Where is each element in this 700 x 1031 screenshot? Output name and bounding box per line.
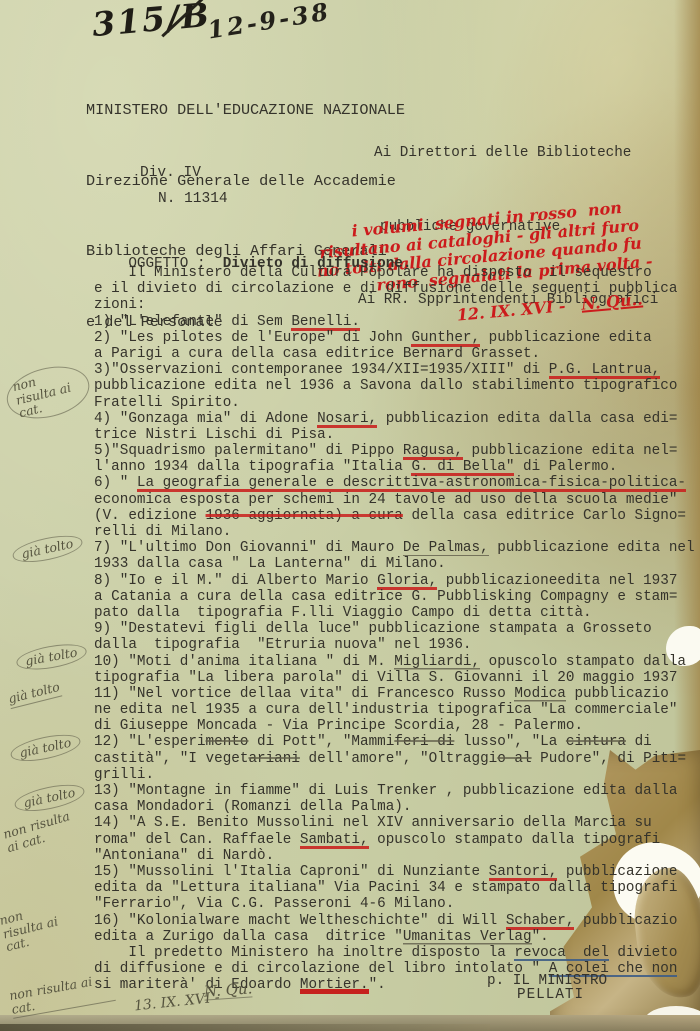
typed-text: tipografia "La libera parola" di Villa S…: [94, 670, 677, 686]
typed-text: pubblicazion edita dalla casa edi=: [377, 411, 677, 427]
typed-text: di: [626, 734, 652, 750]
typed-line: Fratelli Spirito.: [94, 395, 695, 411]
annotated-text: feri di: [394, 734, 454, 750]
typed-line: a Parigi a cura della casa editrice Bern…: [94, 346, 695, 362]
margin-note: già tolto: [9, 730, 82, 766]
typed-text: 3)"Osservazioni contemporanee 1934/XII=1…: [94, 362, 549, 378]
typed-text: pubblicazioneedita nel 1937: [437, 573, 677, 589]
typed-text: Fratelli Spirito.: [94, 395, 240, 411]
typed-line: zioni:: [94, 297, 695, 313]
typed-text: 2) "Les pilotes de l'Europe" di John: [94, 330, 411, 346]
typed-text: grilli.: [94, 767, 154, 783]
typed-line: ne edita nel 1935 a cura dell'industria …: [94, 702, 695, 718]
typed-line: "Antoniana" di Nardò.: [94, 848, 695, 864]
typed-text: (V. edizione: [94, 508, 206, 524]
typed-line: edita a Zurigo dalla casa ditrice "Umani…: [94, 929, 695, 945]
typed-text: 14) "A S.E. Benito Mussolini nel XIV ann…: [94, 815, 652, 831]
typed-text: divieto: [609, 945, 678, 961]
typed-line: a Catania a cura della casa editrice G. …: [94, 589, 695, 605]
typed-line: 3)"Osservazioni contemporanee 1934/XII=1…: [94, 362, 695, 378]
typed-text: Il predetto Ministero ha inoltre dispost…: [94, 945, 514, 961]
annotated-text: Sambati,: [300, 832, 369, 849]
typed-text: 9) "Destatevi figli della luce" pubblica…: [94, 621, 652, 637]
typed-text: edita a Zurigo dalla casa ditrice ": [94, 929, 403, 945]
typed-line: 13) "Montagne in fiamme" di Luis Trenker…: [94, 783, 695, 799]
typed-text: 1) "L'elefante" di Sem: [94, 314, 291, 330]
annotated-text: mento: [206, 734, 249, 750]
annotated-text: Santori,: [489, 864, 558, 881]
document-page: 315/B 12-9-38 MINISTERO DELL'EDUCAZIONE …: [0, 0, 700, 1031]
typed-text: lusso", "La: [454, 734, 566, 750]
typed-line: l'anno 1934 dalla tipografia "Italia G. …: [94, 459, 695, 475]
typed-body: Il Ministero della Cultura Popolare ha d…: [94, 265, 695, 993]
typed-line: pubblicazione edita nel 1936 a Savona da…: [94, 378, 695, 394]
typed-text: 7) "L'ultimo Don Giovanni" di Mauro: [94, 540, 403, 556]
annotated-text: La geografia generale e descrittiva-astr…: [137, 475, 686, 492]
typed-text: 10) "Moti d'anima italiana " di M.: [94, 654, 394, 670]
annotated-text: Nosari,: [317, 411, 377, 428]
registry-mark: 315/B: [91, 0, 213, 44]
typed-line: 11) "Nel vortice dellaa vita" di Frances…: [94, 686, 695, 702]
typed-line: 9) "Destatevi figli della luce" pubblica…: [94, 621, 695, 637]
typed-line: 1933 dalla casa " La Lanterna" di Milano…: [94, 556, 695, 572]
margin-note: non risulta ai cat.: [0, 899, 70, 954]
typed-text: di Giuseppe Moncada - Via Principe Scord…: [94, 718, 583, 734]
protocol-number: N. 11314: [158, 191, 228, 207]
typed-text: roma" del Can. Raffaele: [94, 832, 300, 848]
typed-text: pubblicazione edita nel 1936 a Savona da…: [94, 378, 677, 394]
typed-text: relli di Milano.: [94, 524, 231, 540]
typed-line: relli di Milano.: [94, 524, 695, 540]
typed-line: 15) "Mussolini l'Italia Caproni" di Nunz…: [94, 864, 695, 880]
typed-line: castità", "I vegetariani dell'amore", "O…: [94, 751, 695, 767]
typed-line: casa Mondadori (Romanzi della Palma).: [94, 799, 695, 815]
typed-text: 13) "Montagne in fiamme" di Luis Trenker…: [94, 783, 677, 799]
margin-note: già tolto: [7, 680, 62, 709]
typed-text: ".: [532, 929, 549, 945]
typed-line: 10) "Moti d'anima italiana " di M. Migli…: [94, 654, 695, 670]
typed-text: della casa editrice Carlo Signo=: [403, 508, 686, 524]
typed-text: 8) "Io e il M." di Alberto Mario: [94, 573, 377, 589]
margin-note: non risulta ai cat.: [1, 359, 94, 426]
annotated-text: o al: [497, 751, 531, 767]
signature-name: PELLATI: [517, 987, 584, 1003]
typed-line: tipografia "La libera parola" di Villa S…: [94, 670, 695, 686]
typed-line: 6) " La geografia generale e descrittiva…: [94, 475, 695, 491]
bottom-note-initials: N. Qu.: [204, 982, 253, 1000]
typed-text: castità", "I veget: [94, 751, 248, 767]
typed-line: trice Nistri Lischi di Pisa.: [94, 427, 695, 443]
annotated-text: Schaber,: [506, 913, 575, 930]
typed-line: grilli.: [94, 767, 695, 783]
typed-text: pubblicazione edita nel=: [463, 443, 678, 459]
typed-text: di diffusione e di circolazione del libr…: [94, 961, 549, 977]
typed-text: opuscolo stampato dalla tipografi: [369, 832, 661, 848]
typed-text: 5)"Squadrismo palermitano" di Pippo: [94, 443, 403, 459]
division-number: Div. IV: [140, 165, 201, 181]
annotated-text: Mortier.: [300, 977, 369, 994]
annotated-text: Migliardi,: [394, 654, 480, 670]
typed-text: pato dalla tipografia F.lli Viaggio Camp…: [94, 605, 592, 621]
typed-line: 4) "Gonzaga mia" di Adone Nosari, pubbli…: [94, 411, 695, 427]
annotated-text: Ragusa,: [403, 443, 463, 460]
margin-note: già tolto: [11, 531, 84, 567]
paper-shadow-bottom: [0, 1024, 490, 1031]
typed-line: 12) "L'esperimento di Pott", "Mammiferi …: [94, 734, 695, 750]
annotated-text: Modica: [514, 686, 565, 702]
typed-text: pubblicazio: [574, 913, 677, 929]
annotated-text: ariani: [248, 751, 299, 767]
bottom-note: non risulta ai cat.: [8, 971, 116, 1019]
typed-text: 1933 dalla casa " La Lanterna" di Milano…: [94, 556, 446, 572]
typed-text: a Catania a cura della casa editrice G. …: [94, 589, 677, 605]
typed-text: 6) ": [94, 475, 137, 491]
typed-line: 8) "Io e il M." di Alberto Mario Gloria,…: [94, 573, 695, 589]
typed-text: Il Ministero della Cultura Popolare ha d…: [94, 265, 652, 281]
typed-text: 11) "Nel vortice dellaa vita" di Frances…: [94, 686, 514, 702]
typed-line: di Giuseppe Moncada - Via Principe Scord…: [94, 718, 695, 734]
date-stamp: 12-9-38: [205, 0, 332, 45]
margin-note: già tolto: [13, 780, 86, 816]
typed-line: 5)"Squadrismo palermitano" di Pippo Ragu…: [94, 443, 695, 459]
typed-text: ".: [369, 977, 386, 993]
typed-line: pato dalla tipografia F.lli Viaggio Camp…: [94, 605, 695, 621]
annotated-text: De Palmas,: [403, 540, 489, 556]
typed-line: 1) "L'elefante" di Sem Benelli.: [94, 314, 695, 330]
typed-line: "Ferrario", Via C.G. Passeroni 4-6 Milan…: [94, 896, 695, 912]
typed-text: di Pott", "Mammi: [248, 734, 394, 750]
annotated-text: Benelli.: [291, 314, 360, 331]
typed-text: casa Mondadori (Romanzi della Palma).: [94, 799, 411, 815]
typed-line: (V. edizione 1936 aggiornata) a cura del…: [94, 508, 695, 524]
typed-text: economica esposta per schemi in 24 tavol…: [94, 492, 677, 508]
typed-line: Il Ministero della Cultura Popolare ha d…: [94, 265, 695, 281]
annotated-text: cintura: [566, 734, 626, 750]
typed-text: Pudore", di Piti=: [532, 751, 686, 767]
typed-text: l'anno 1934 dalla tipografia "Italia: [94, 459, 411, 475]
annotated-text: P.G. Lantrua,: [549, 362, 661, 379]
annotated-text: revoca del: [514, 945, 608, 961]
typed-text: pubblicazio: [566, 686, 669, 702]
typed-text: dell'amore", "Oltraggi: [300, 751, 497, 767]
typed-text: zioni:: [94, 297, 145, 313]
typed-text: di Palermo.: [514, 459, 617, 475]
typed-text: 16) "Kolonialware macht Weltheschichte" …: [94, 913, 506, 929]
typed-line: 7) "L'ultimo Don Giovanni" di Mauro De P…: [94, 540, 695, 556]
margin-note: già tolto: [15, 640, 88, 673]
typed-line: 16) "Kolonialware macht Weltheschichte" …: [94, 913, 695, 929]
typed-text: "Antoniana" di Nardò.: [94, 848, 274, 864]
annotated-text: Gloria,: [377, 573, 437, 590]
typed-line: e il divieto di circolazione e di diffus…: [94, 281, 695, 297]
typed-text: 15) "Mussolini l'Italia Caproni" di Nunz…: [94, 864, 489, 880]
typed-text: 4) "Gonzaga mia" di Adone: [94, 411, 317, 427]
typed-text: ne edita nel 1935 a cura dell'industria …: [94, 702, 677, 718]
typed-line: edita da "Lettura italiana" Via Pacini 3…: [94, 880, 695, 896]
typed-line: 2) "Les pilotes de l'Europe" di John Gun…: [94, 330, 695, 346]
typed-text: opuscolo stampato dalla: [480, 654, 686, 670]
annotated-text: G. di Bella": [411, 459, 514, 476]
annotated-text: Umanitas Verlag: [403, 929, 532, 945]
margin-note: non risulta ai cat.: [2, 809, 77, 854]
typed-line: roma" del Can. Raffaele Sambati, opuscol…: [94, 832, 695, 848]
typed-line: 14) "A S.E. Benito Mussolini nel XIV ann…: [94, 815, 695, 831]
typed-line: Il predetto Ministero ha inoltre dispost…: [94, 945, 695, 961]
annotated-text: Gunther,: [411, 330, 480, 347]
annotated-text: 1936 aggiornata) a cura: [206, 508, 403, 524]
typed-text: e il divieto di circolazione e di diffus…: [94, 281, 677, 297]
typed-text: 12) "L'esperi: [94, 734, 206, 750]
typed-line: dalla tipografia "Etruria nuova" nel 193…: [94, 637, 695, 653]
typed-text: a Parigi a cura della casa editrice Bern…: [94, 346, 540, 362]
typed-text: dalla tipografia "Etruria nuova" nel 193…: [94, 637, 472, 653]
typed-text: pubblicazione edita: [480, 330, 652, 346]
typed-text: pubblicazione edita nel: [489, 540, 695, 556]
typed-text: trice Nistri Lischi di Pisa.: [94, 427, 334, 443]
typed-text: pubblicazione: [557, 864, 677, 880]
typed-line: economica esposta per schemi in 24 tavol…: [94, 492, 695, 508]
typed-text: edita da "Lettura italiana" Via Pacini 3…: [94, 880, 677, 896]
typed-text: "Ferrario", Via C.G. Passeroni 4-6 Milan…: [94, 896, 454, 912]
